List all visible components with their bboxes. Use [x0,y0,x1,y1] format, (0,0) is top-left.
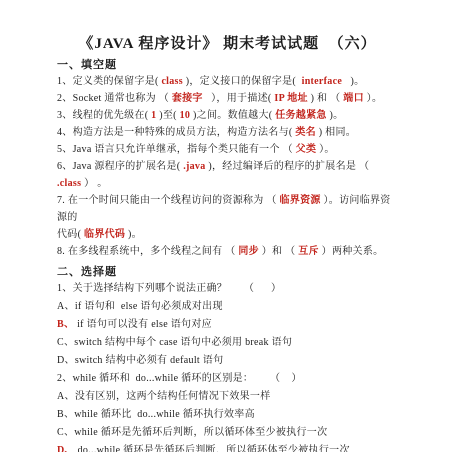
fill-question-5: 5、Java 语言只允许单继承，指每个类只能有一个 （ 父类 ）。 [57,141,398,158]
answer-text: 同步 [238,246,259,257]
choice-q1-option-a: A、if 语句和 else 语句必须成对出现 [57,298,398,316]
question-text: 7. 在一个时间只能由一个线程访问的资源称为 （ [57,195,280,206]
answer-text: .class [57,178,81,189]
answer-text: 套接字 [172,93,203,104]
question-text: do...while 循环是先循环后判断，所以循环体至少被执行一次 [75,445,350,452]
question-text: ) 和 （ [308,93,343,104]
fill-question-4: 4、构造方法是一种特殊的成员方法，构造方法名与( 类名 ) 相同。 [57,124,398,141]
answer-text: interface [302,76,342,87]
question-text: 6、Java 源程序的扩展名是( [57,161,183,172]
question-text: )之间。数值越大( [190,110,275,121]
answer-text: class [161,76,183,87]
section-heading-fill-blanks: 一、填空题 [57,57,398,73]
question-text: )，经过编译后的程序的扩展名是 （ [206,161,375,172]
question-text: B、while 循环比 do...while 循环执行效率高 [57,409,255,420]
choice-q2-option-d: D、 do...while 循环是先循环后判断，所以循环体至少被执行一次 [57,442,398,452]
answer-text: 父类 [296,144,317,155]
exam-sections: 一、填空题1、定义类的保留字是( class )，定义接口的保留字是( inte… [57,57,398,452]
choice-question-2: 2、while 循环和 do...while 循环的区别是： （ ） [57,370,398,388]
fill-question-7-line-1: 7. 在一个时间只能由一个线程访问的资源称为 （ 临界资源 ）。访问临界资源的 [57,192,398,226]
choice-q1-option-c: C、switch 结构中每个 case 语句中必须用 break 语句 [57,334,398,352]
answer-text: 任务越紧急 [275,110,327,121]
question-text: ）两种关系。 [319,246,384,257]
choice-q1-option-b: B、 if 语句可以没有 else 语句对应 [57,316,398,334]
question-text: 代码( [57,229,84,240]
fill-question-8: 8. 在多线程系统中，多个线程之间有 （ 同步 ）和 （ 互斥 ）两种关系。 [57,243,398,260]
choice-q2-option-a: A、没有区别，这两个结构任何情况下效果一样 [57,388,398,406]
question-text: )。 [125,229,142,240]
question-text: 2、while 循环和 do...while 循环的区别是： （ ） [57,373,302,384]
section-fill-blanks: 一、填空题1、定义类的保留字是( class )，定义接口的保留字是( inte… [57,57,398,260]
fill-question-3: 3、线程的优先级在( 1 )至( 10 )之间。数值越大( 任务越紧急 )。 [57,107,398,124]
fill-question-2: 2、Socket 通常也称为 （ 套接字 ），用于描述( IP 地址 ) 和 （… [57,90,398,107]
question-text: 1、定义类的保留字是( [57,76,161,87]
answer-text: 互斥 [298,246,319,257]
question-text: ）。 [316,144,334,155]
question-text: ） 。 [81,178,107,189]
question-text: )。 [327,110,344,121]
section-heading-multiple-choice: 二、选择题 [57,264,398,280]
exam-document-page: 《JAVA 程序设计》 期末考试试题 （六） 一、填空题1、定义类的保留字是( … [0,0,452,452]
choice-question-1: 1、关于选择结构下列哪个说法正确？ （ ） [57,280,398,298]
answer-text: 临界代码 [84,229,125,240]
question-text: 3、线程的优先级在( [57,110,151,121]
question-text: if 语句可以没有 else 语句对应 [74,319,212,330]
question-text: A、没有区别，这两个结构任何情况下效果一样 [57,391,271,402]
answer-text: D、 [57,445,75,452]
question-text: C、switch 结构中每个 case 语句中必须用 break 语句 [57,337,292,348]
question-text: A、if 语句和 else 语句必须成对出现 [57,301,223,312]
question-text: C、while 循环是先循环后判断，所以循环体至少被执行一次 [57,427,327,438]
question-text: ) 相同。 [316,127,356,138]
page-title: 《JAVA 程序设计》 期末考试试题 （六） [57,34,398,54]
answer-text: 端口 [343,93,364,104]
fill-question-7-line-2: 代码( 临界代码 )。 [57,226,398,243]
question-text: 2、Socket 通常也称为 （ [57,93,172,104]
fill-question-6: 6、Java 源程序的扩展名是( .java )，经过编译后的程序的扩展名是 （… [57,158,398,192]
choice-q2-option-c: C、while 循环是先循环后判断，所以循环体至少被执行一次 [57,424,398,442]
question-text: )。 [342,76,364,87]
question-text: )，定义接口的保留字是( [183,76,302,87]
section-multiple-choice: 二、选择题1、关于选择结构下列哪个说法正确？ （ ）A、if 语句和 else … [57,264,398,452]
question-text: 8. 在多线程系统中，多个线程之间有 （ [57,246,238,257]
question-text: 5、Java 语言只允许单继承，指每个类只能有一个 （ [57,144,296,155]
question-text: 1、关于选择结构下列哪个说法正确？ （ ） [57,283,281,294]
question-text: )至( [156,110,179,121]
answer-text: .java [183,161,205,172]
question-text: ）和 （ [259,246,298,257]
question-text: 4、构造方法是一种特殊的成员方法，构造方法名与( [57,127,295,138]
choice-q1-option-d: D、switch 结构中必须有 default 语句 [57,352,398,370]
answer-text: B、 [57,319,74,330]
answer-text: IP 地址 [274,93,307,104]
choice-q2-option-b: B、while 循环比 do...while 循环执行效率高 [57,406,398,424]
question-text: ），用于描述( [203,93,275,104]
question-text: ）。 [364,93,382,104]
answer-text: 10 [180,110,191,121]
answer-text: 类名 [295,127,316,138]
answer-text: 临界资源 [280,195,321,206]
question-text: D、switch 结构中必须有 default 语句 [57,355,223,366]
fill-question-1: 1、定义类的保留字是( class )，定义接口的保留字是( interface… [57,73,398,90]
